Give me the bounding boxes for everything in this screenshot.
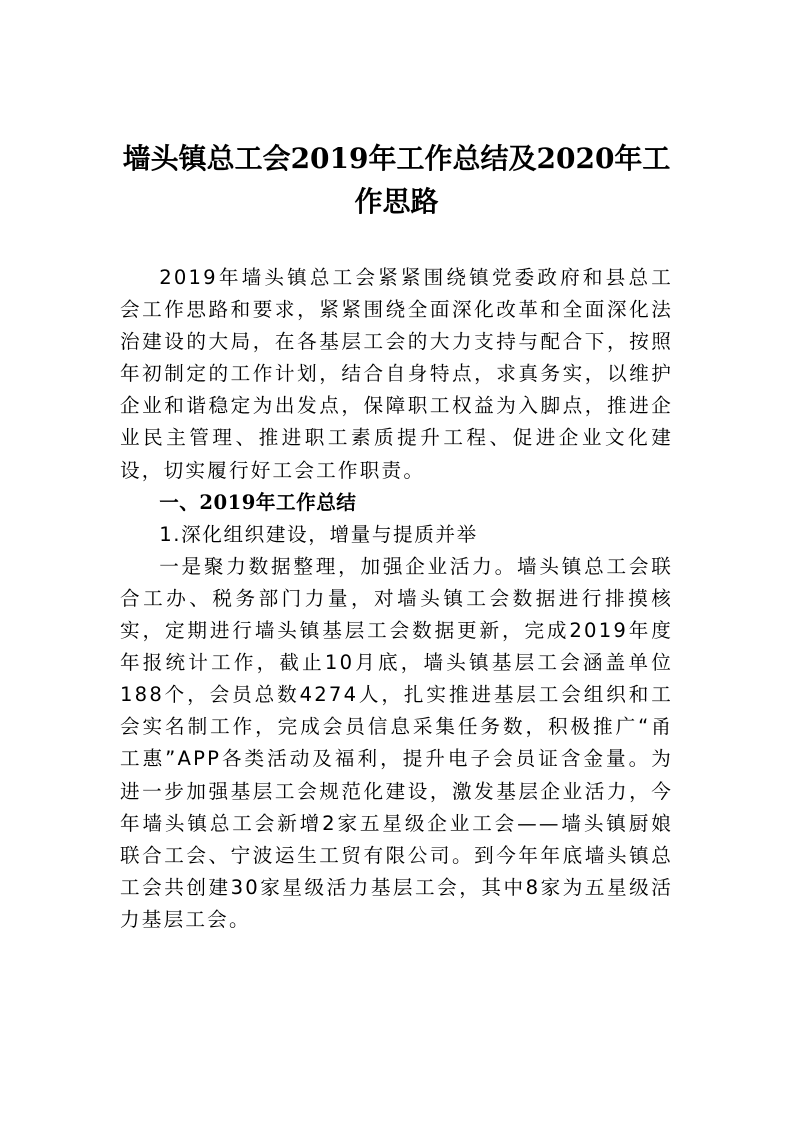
document-title: 墙头镇总工会2019年工作总结及2020年工作思路 xyxy=(110,137,683,223)
document-body: 2019年墙头镇总工会紧紧围绕镇党委政府和县总工会工作思路和要求，紧紧围绕全面深… xyxy=(120,262,673,936)
intro-paragraph: 2019年墙头镇总工会紧紧围绕镇党委政府和县总工会工作思路和要求，紧紧围绕全面深… xyxy=(120,262,673,487)
document-page: 墙头镇总工会2019年工作总结及2020年工作思路 2019年墙头镇总工会紧紧围… xyxy=(0,0,793,1122)
section-heading: 一、2019年工作总结 xyxy=(120,487,673,519)
section-paragraph: 一是聚力数据整理，加强企业活力。墙头镇总工会联合工办、税务部门力量，对墙头镇工会… xyxy=(120,551,673,936)
subsection-heading: 1.深化组织建设，增量与提质并举 xyxy=(120,519,673,551)
